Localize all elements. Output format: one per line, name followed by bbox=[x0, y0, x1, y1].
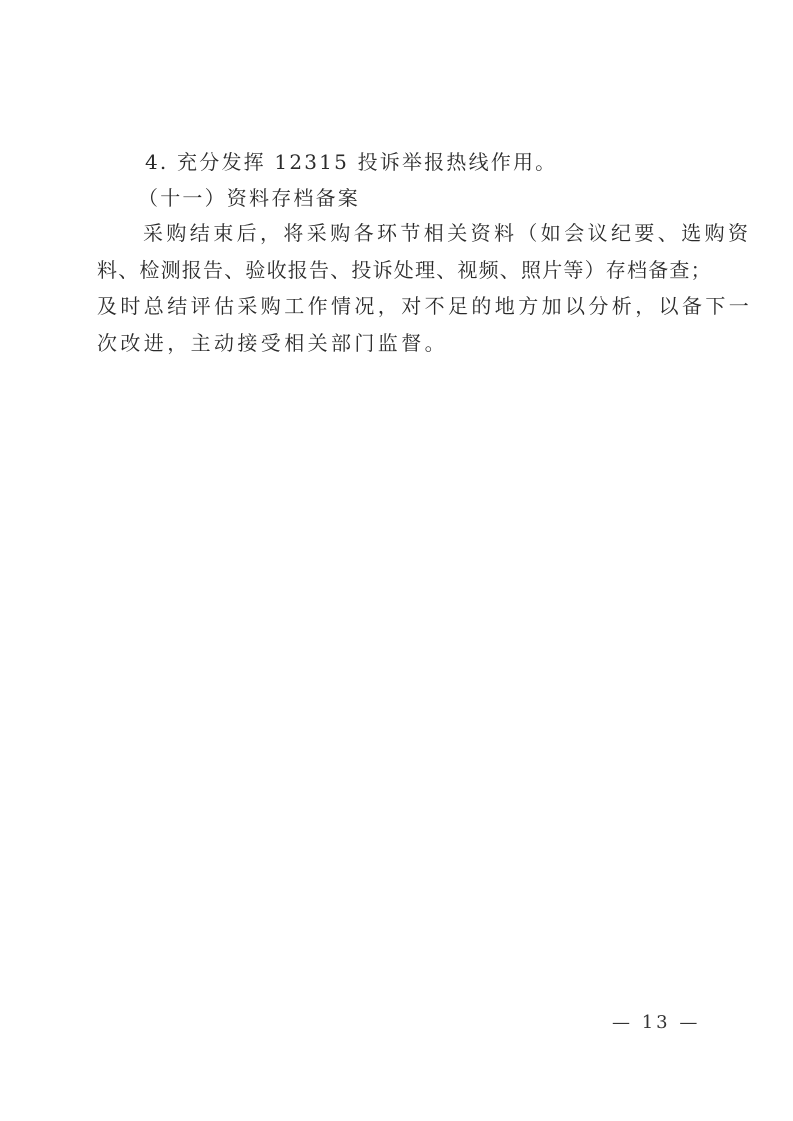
paragraph-line-1: 采购结束后，将采购各环节相关资料（如会议纪要、选购资 bbox=[143, 221, 751, 245]
paragraph-line-3: 及时总结评估采购工作情况，对不足的地方加以分析，以备下一 bbox=[97, 294, 752, 318]
paragraph-line-2: 料、检测报告、验收报告、投诉处理、视频、照片等）存档备查； bbox=[97, 258, 712, 282]
list-item-4: 4. 充分发挥 12315 投诉举报热线作用。 bbox=[145, 150, 557, 174]
page-number: — 13 — bbox=[612, 1012, 700, 1033]
paragraph-line-4: 次改进，主动接受相关部门监督。 bbox=[97, 331, 448, 355]
section-heading: （十一）资料存档备案 bbox=[138, 186, 360, 210]
